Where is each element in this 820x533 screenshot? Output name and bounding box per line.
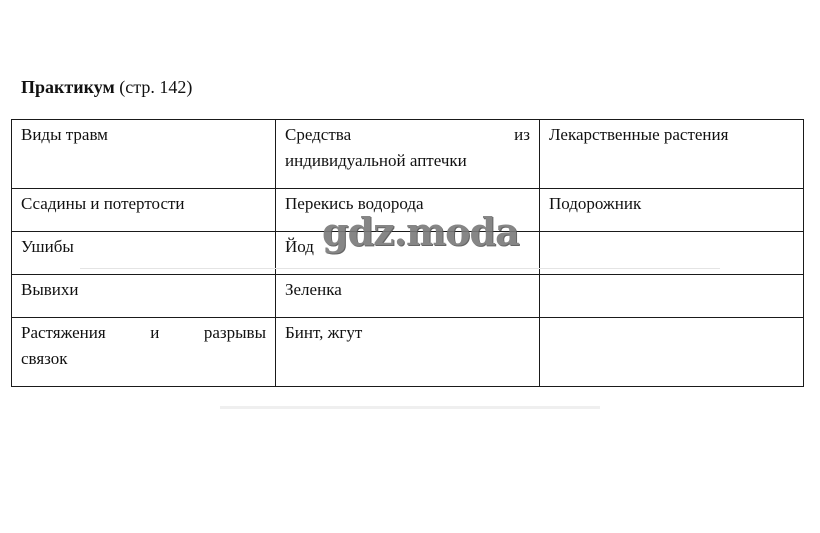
watermark-artifact-line — [80, 268, 720, 269]
cell-plant — [540, 318, 804, 387]
table-header-row: Виды травм Средстваиз индивидуальной апт… — [12, 120, 804, 189]
watermark: gdz.moda — [322, 210, 519, 254]
heading-page-ref: (стр. 142) — [115, 77, 193, 97]
cell-injury-word3: разрывы — [204, 320, 266, 346]
table-row: Растяженияиразрывы связок Бинт, жгут — [12, 318, 804, 387]
cell-injury: Ссадины и потертости — [12, 189, 276, 232]
watermark-artifact-line — [220, 406, 600, 409]
cell-remedy: Бинт, жгут — [276, 318, 540, 387]
header-first-aid-kit: Средстваиз индивидуальной аптечки — [276, 120, 540, 189]
header-injury-types: Виды травм — [12, 120, 276, 189]
cell-plant: Подорожник — [540, 189, 804, 232]
header-medicinal-plants: Лекарственные растения — [540, 120, 804, 189]
cell-plant — [540, 275, 804, 318]
cell-injury: Растяженияиразрывы связок — [12, 318, 276, 387]
cell-injury: Вывихи — [12, 275, 276, 318]
header-first-aid-kit-line2: индивидуальной аптечки — [285, 148, 530, 174]
cell-injury-word1: Растяжения — [21, 320, 106, 346]
heading-bold: Практикум — [21, 77, 115, 97]
cell-injury-word2: и — [150, 320, 159, 346]
header-first-aid-kit-word2: из — [514, 122, 530, 148]
cell-remedy: Зеленка — [276, 275, 540, 318]
table-row: Вывихи Зеленка — [12, 275, 804, 318]
cell-injury-line2: связок — [21, 346, 266, 372]
practicum-heading: Практикум (стр. 142) — [21, 76, 192, 98]
header-first-aid-kit-word1: Средства — [285, 122, 351, 148]
